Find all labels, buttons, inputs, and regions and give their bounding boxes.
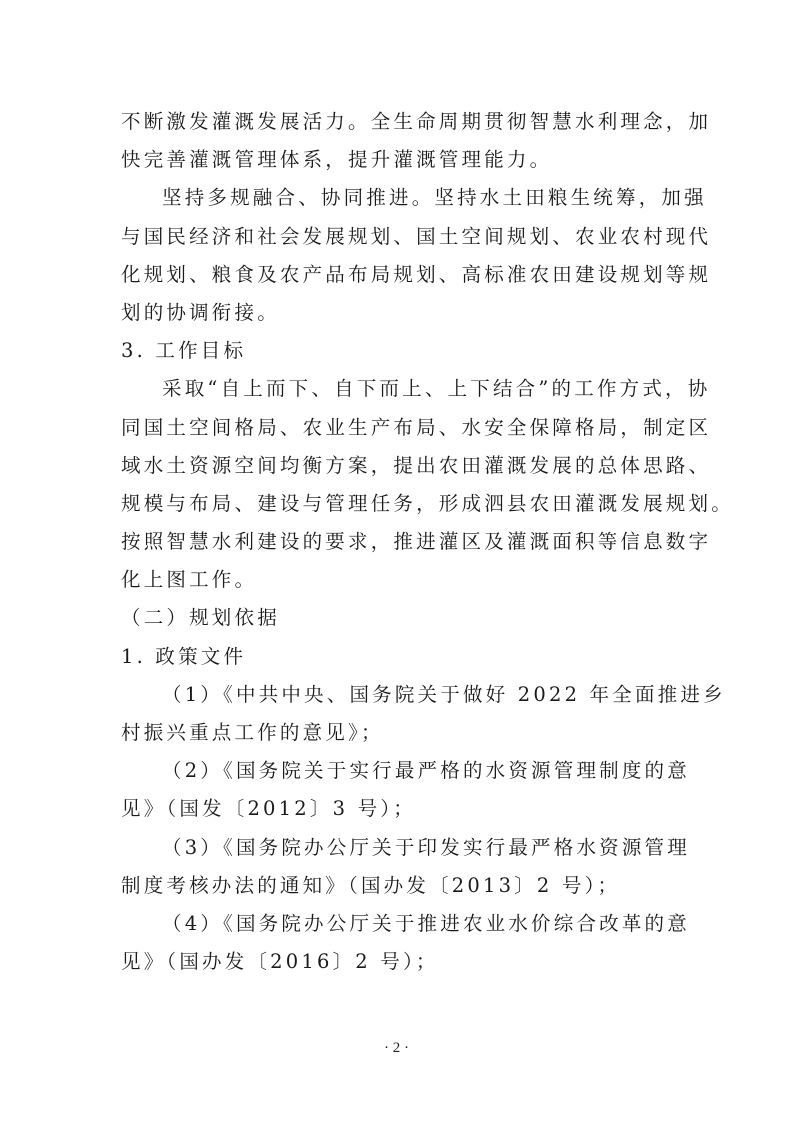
paragraph-line: 化上图工作。	[121, 561, 675, 599]
section-heading-planning-basis: （二）规划依据	[121, 599, 675, 637]
list-item-line: （3）《国务院办公厅关于印发实行最严格水资源管理	[121, 829, 675, 867]
subsection-heading-policy-documents: 1. 政策文件	[121, 638, 675, 676]
document-body: 不断激发灌溉发展活力。全生命周期贯彻智慧水利理念，加 快完善灌溉管理体系，提升灌…	[121, 103, 675, 981]
paragraph-line: 快完善灌溉管理体系，提升灌溉管理能力。	[121, 141, 675, 179]
paragraph-line: 同国土空间格局、农业生产布局、水安全保障格局，制定区	[121, 409, 675, 447]
list-item-line: 制度考核办法的通知》（国办发〔2013〕2 号）；	[121, 867, 675, 905]
paragraph-line: 化规划、粮食及农产品布局规划、高标准农田建设规划等规	[121, 256, 675, 294]
paragraph-line: 划的协调衔接。	[121, 294, 675, 332]
paragraph-line: 坚持多规融合、协同推进。坚持水土田粮生统筹，加强	[121, 179, 675, 217]
paragraph-line: 采取“自上而下、自下而上、上下结合”的工作方式，协	[121, 370, 675, 408]
list-item-line: 村振兴重点工作的意见》；	[121, 714, 675, 752]
section-heading-work-goals: 3. 工作目标	[121, 332, 675, 370]
list-item-line: （4）《国务院办公厅关于推进农业水价综合改革的意	[121, 905, 675, 943]
paragraph-line: 规模与布局、建设与管理任务，形成泗县农田灌溉发展规划。	[121, 485, 675, 523]
list-item-line: （2）《国务院关于实行最严格的水资源管理制度的意	[121, 752, 675, 790]
document-page: 不断激发灌溉发展活力。全生命周期贯彻智慧水利理念，加 快完善灌溉管理体系，提升灌…	[0, 0, 793, 1122]
paragraph-line: 不断激发灌溉发展活力。全生命周期贯彻智慧水利理念，加	[121, 103, 675, 141]
paragraph-line: 域水土资源空间均衡方案，提出农田灌溉发展的总体思路、	[121, 447, 675, 485]
list-item-line: 见》（国发〔2012〕3 号）；	[121, 790, 675, 828]
list-item-line: （1）《中共中央、国务院关于做好 2022 年全面推进乡	[121, 676, 675, 714]
list-item-line: 见》（国办发〔2016〕2 号）；	[121, 943, 675, 981]
paragraph-line: 与国民经济和社会发展规划、国土空间规划、农业农村现代	[121, 218, 675, 256]
page-number: · 2 ·	[0, 1040, 793, 1057]
paragraph-line: 按照智慧水利建设的要求，推进灌区及灌溉面积等信息数字	[121, 523, 675, 561]
